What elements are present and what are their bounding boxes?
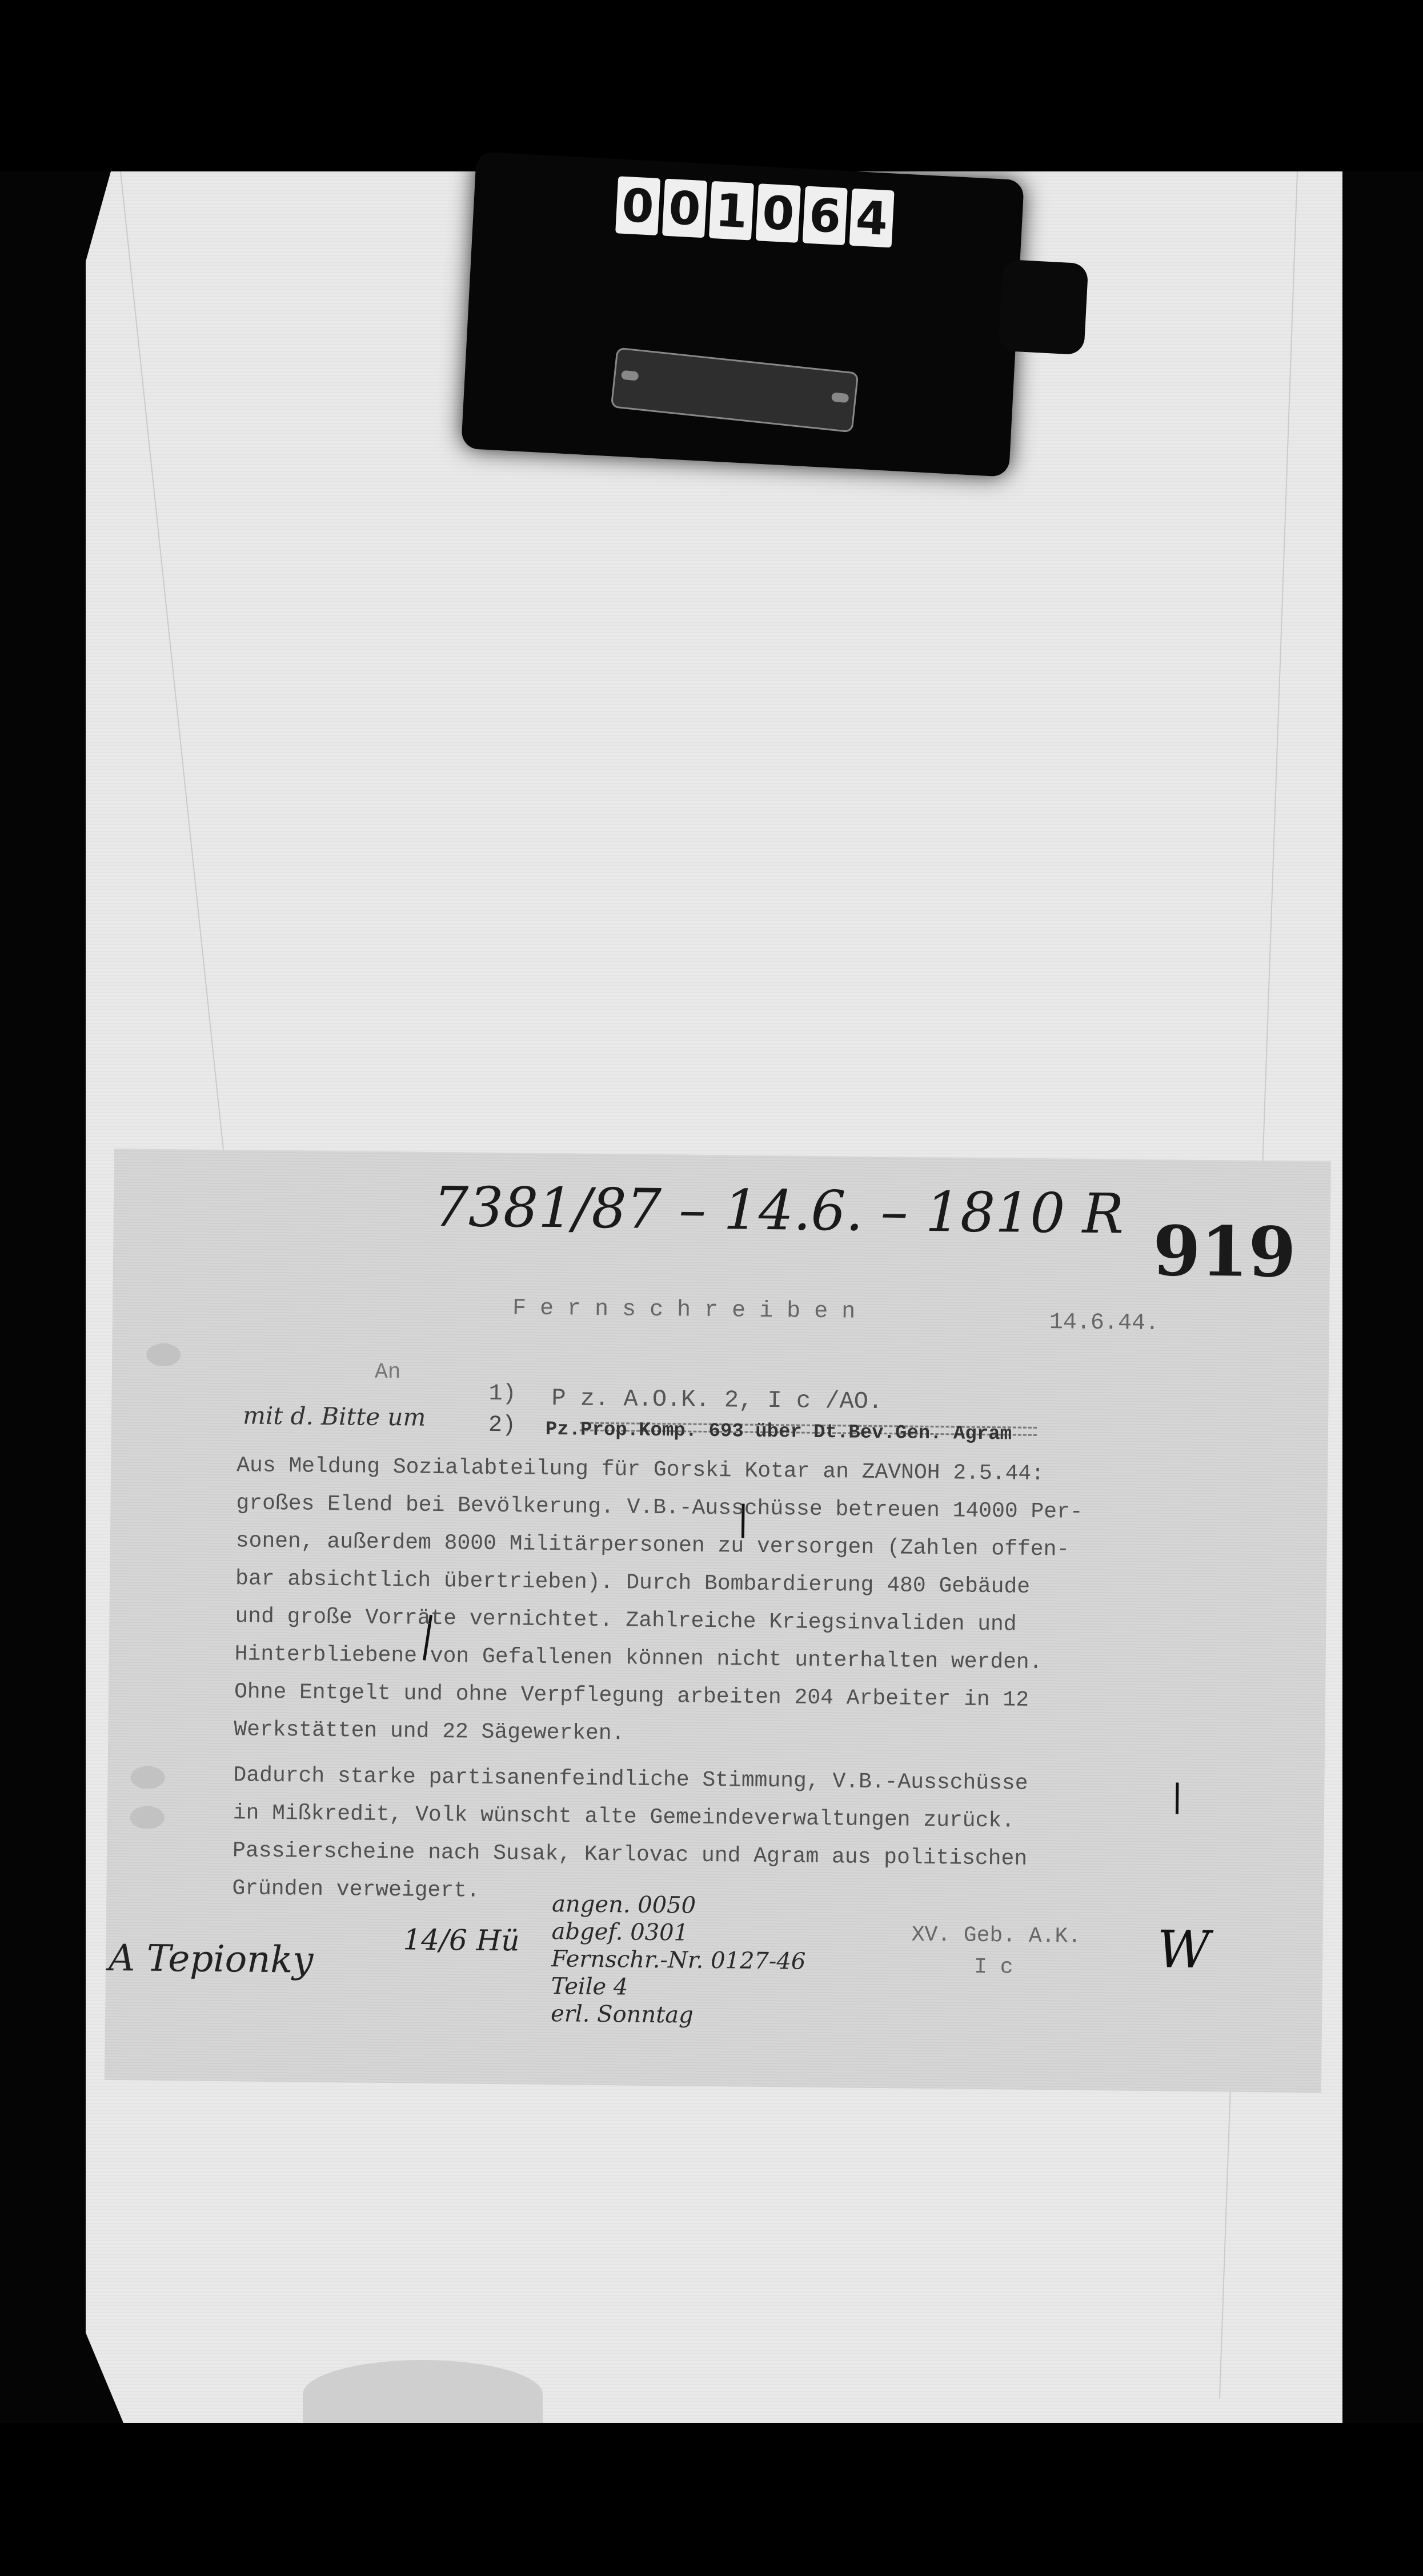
plate-screw-icon [831,392,849,403]
sender-section: I c [974,1955,1013,1980]
film-artifact [303,2360,543,2429]
document-title: F e r n s c h r e i b e n [512,1295,856,1325]
counter-digit: 0 [615,176,660,235]
punch-hole [130,1766,165,1789]
handwritten-initials: 14/6 Hü [403,1923,520,1957]
counter-knob [998,259,1088,355]
counter-digit: 6 [803,186,848,245]
telex-sheet: 7381/87 – 14.6. – 1810 R 919 F e r n s c… [105,1149,1331,2093]
recipient-number: 2) [488,1413,516,1439]
receipt-line: Fernschr.-Nr. 0127-46 [551,1945,806,1975]
addressee-label: An [375,1360,401,1385]
message-body: Aus Meldung Sozialabteilung für Gorski K… [232,1447,1084,1916]
sender-unit: XV. Geb. A.K. [911,1923,1081,1949]
handwritten-note: mit d. Bitte um [243,1401,426,1431]
counter-digit: 1 [709,181,754,241]
handwritten-paraph: W [1157,1919,1210,1980]
recipient-2: Pz.Prop.Komp. 693 über Dt.Bev.Gen. Agram [546,1419,1012,1446]
counter-digits: 0 0 1 0 6 4 [615,176,895,247]
punch-hole [130,1806,165,1829]
film-border-bottom [0,2423,1423,2576]
margin-mark [1176,1783,1179,1814]
counter-digit: 0 [662,179,707,238]
recipient-number: 1) [488,1381,516,1407]
plate-screw-icon [621,370,639,381]
handwritten-page-number: 919 [1152,1211,1296,1293]
document-date: 14.6.44. [1049,1310,1159,1337]
film-border-top [0,0,1423,171]
receipt-line: abgef. 0301 [551,1918,806,1948]
frame-counter-device: 0 0 1 0 6 4 [461,151,1024,477]
handwritten-receipt: angen. 0050 abgef. 0301 Fernschr.-Nr. 01… [551,1890,807,2030]
receipt-line: angen. 0050 [552,1890,807,1921]
recipient-1: P z. A.O.K. 2, I c /AO. [551,1385,883,1415]
punch-hole [146,1343,181,1367]
receipt-line: erl. Sonntag [551,2000,805,2030]
counter-nameplate [611,347,859,433]
handwritten-reference: 7381/87 – 14.6. – 1810 R [433,1175,1124,1246]
counter-digit: 0 [756,183,801,243]
handwritten-signature: A Tepionky [109,1937,314,1982]
receipt-line: Teile 4 [551,1973,805,2003]
counter-digit: 4 [849,189,895,248]
